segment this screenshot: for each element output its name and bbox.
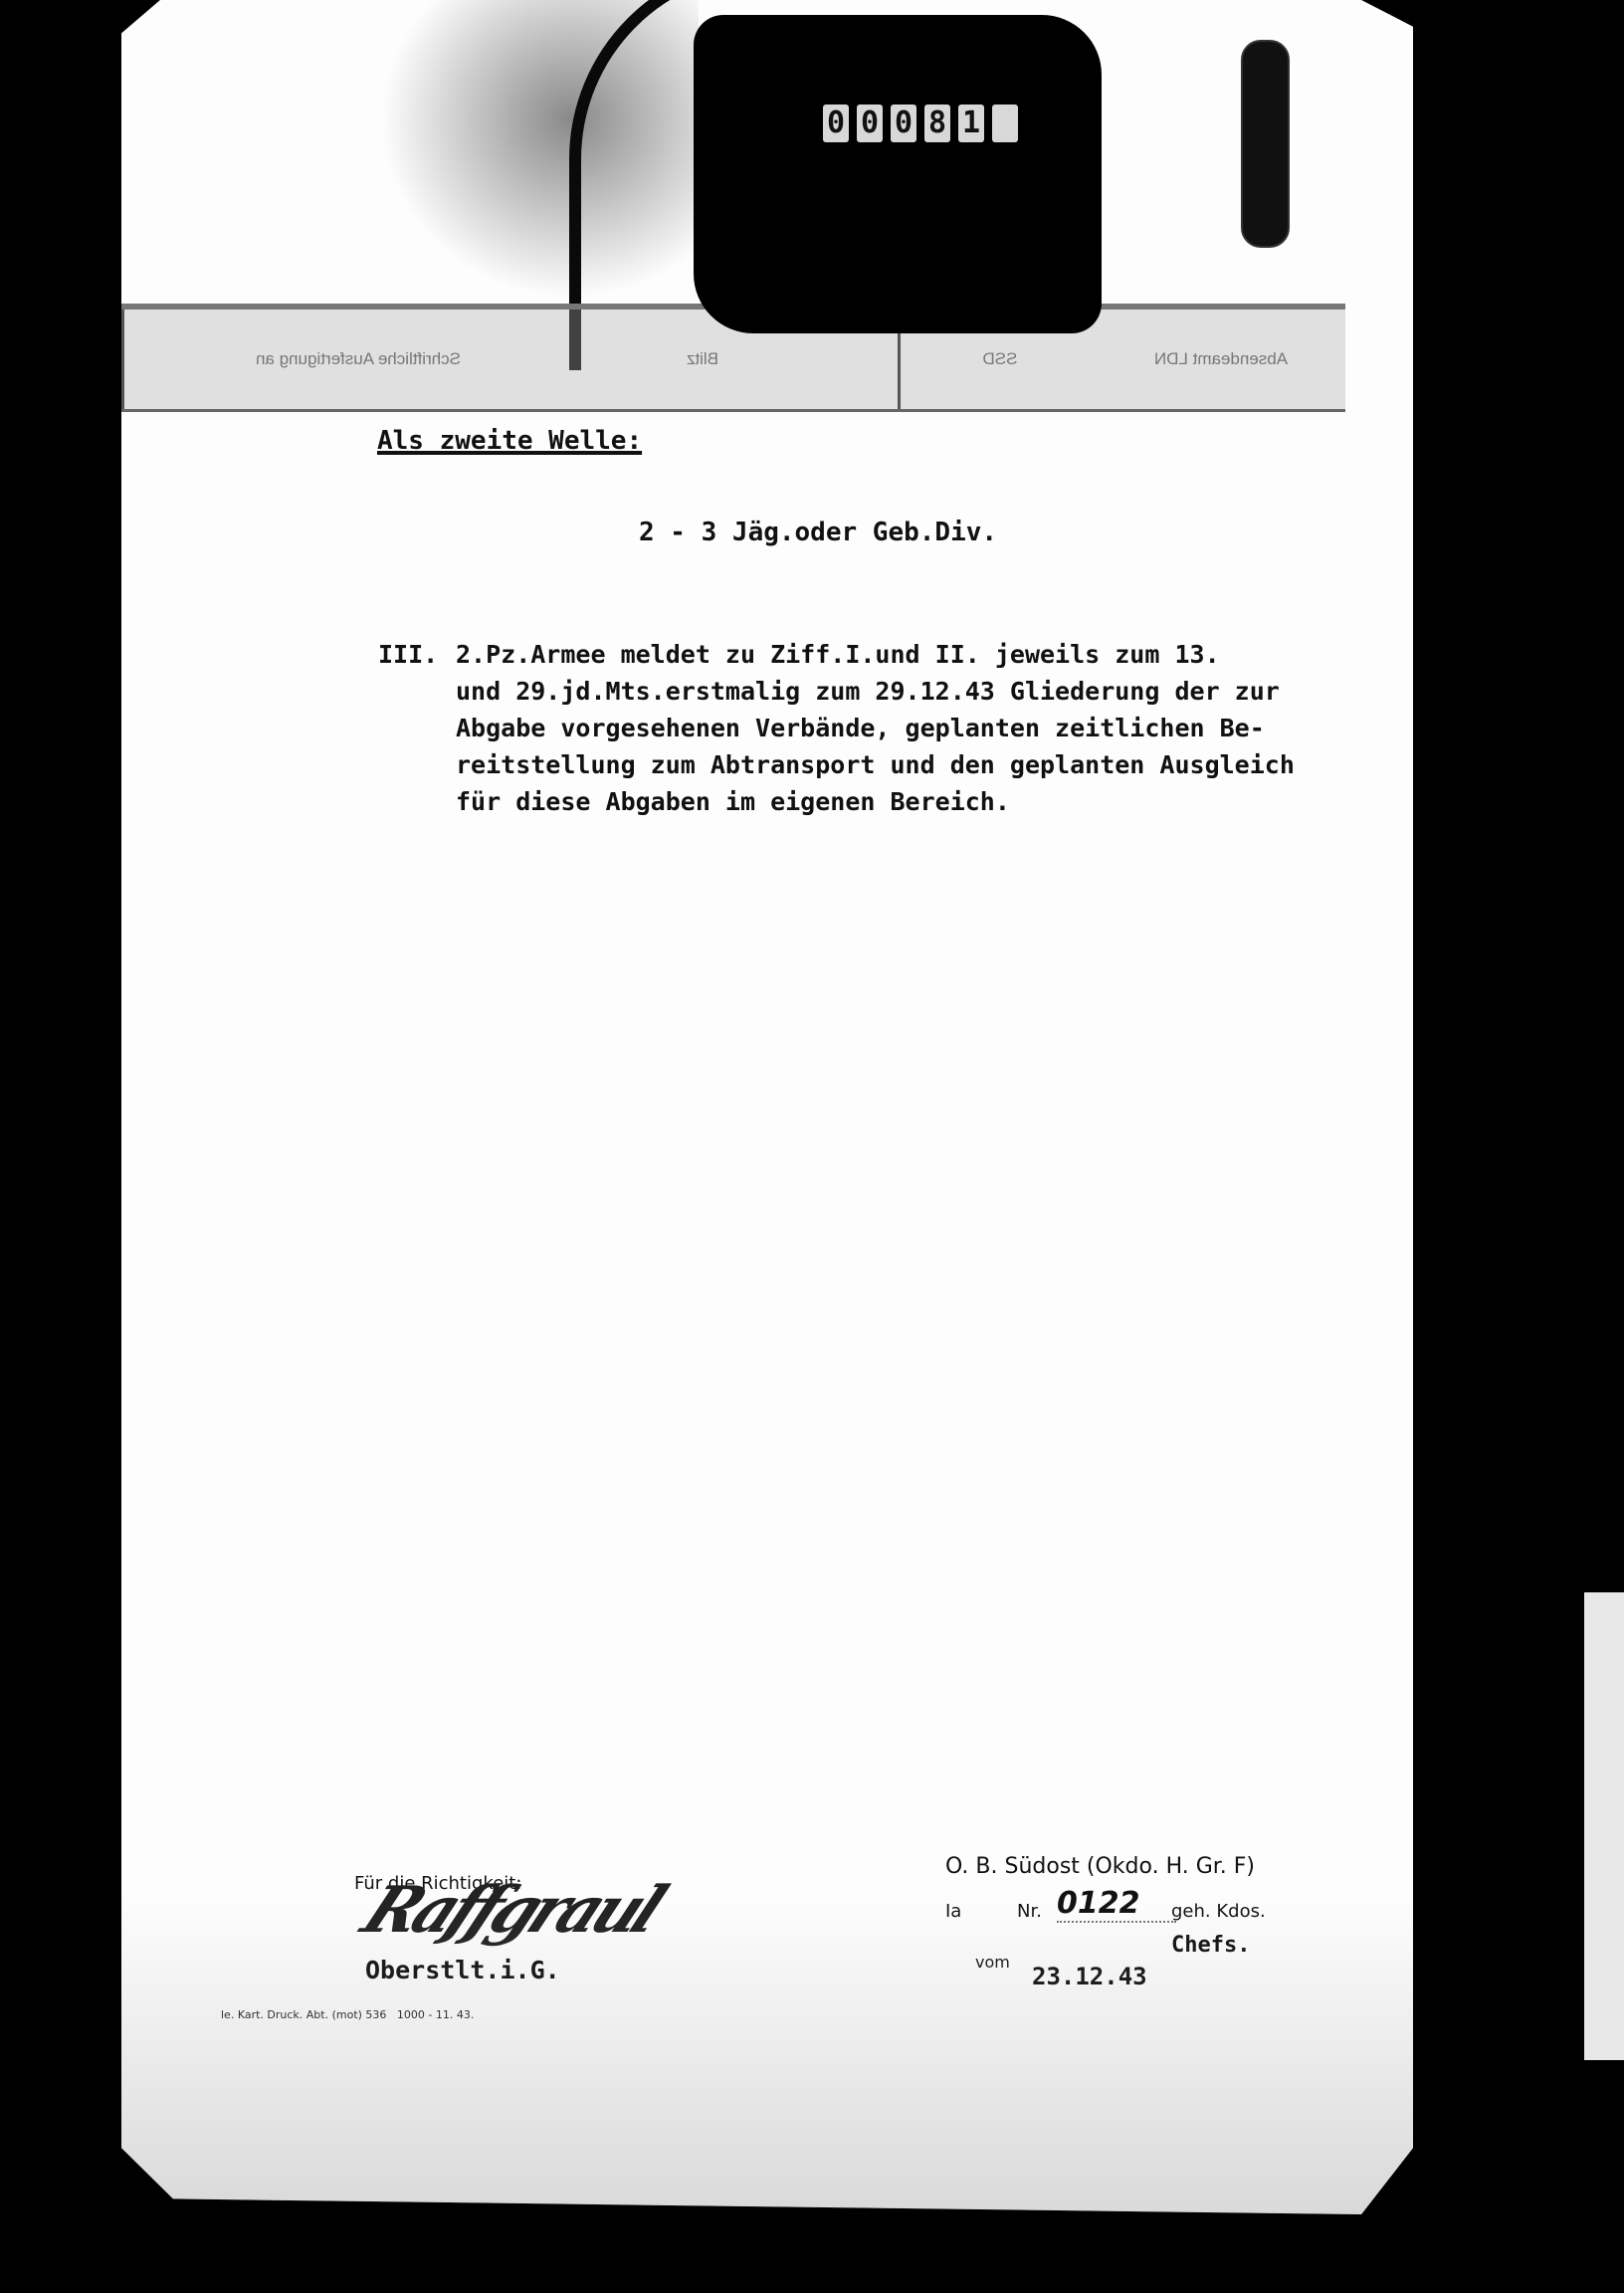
wave-item: 2 - 3 Jäg.oder Geb.Div. [639,518,997,547]
classification-extra: Chefs. [1171,1933,1250,1958]
section-line: für diese Abgaben im eigenen Bereich. [456,787,1010,816]
print-note: le. Kart. Druck. Abt. (mot) 536 1000 - 1… [221,2008,474,2021]
classification: geh. Kdos. [1171,1901,1266,1922]
nr-label: Nr. [1017,1901,1042,1922]
section-line: und 29.jd.Mts.erstmalig zum 29.12.43 Gli… [456,677,1280,706]
document-number: 0122 [1057,1886,1176,1923]
counter-digit: 8 [924,104,950,142]
signatory-rank: Oberstlt.i.G. [365,1956,560,1984]
counter-digit: 0 [823,104,849,142]
section-line: Abgabe vorgesehenen Verbände, geplanten … [456,714,1265,742]
section-number: III. [378,640,438,669]
header-cell-ausfertigung: Schriftliche Ausfertigung an [121,310,592,409]
section-line: 2.Pz.Armee meldet zu Ziff.I.und II. jewe… [456,640,1220,669]
date-label: vom [975,1953,1010,1972]
page-counter-device: 0 0 0 8 1 [694,15,1102,333]
document-date: 23.12.43 [1032,1963,1147,1990]
adjacent-page-edge [1584,1592,1624,2060]
office-dept: Ia [945,1901,961,1922]
section-heading: Als zweite Welle: [377,426,642,456]
header-cell-blitz: Blitz [589,310,738,409]
counter-digits: 0 0 0 8 1 [823,104,1018,142]
header-cell-absendeamt: Absendeamt LDN [1097,310,1345,409]
counter-digit: 0 [857,104,883,142]
document-page: Schriftliche Ausfertigung an Blitz SSD A… [121,0,1413,2214]
counter-digit: 1 [958,104,984,142]
counter-knob [1241,40,1290,248]
handwritten-signature: Raffgraul [351,1873,673,1948]
counter-digit: 0 [891,104,916,142]
counter-digit [992,104,1018,142]
section-line: reitstellung zum Abtransport und den gep… [456,750,1295,779]
office-name: O. B. Südost (Okdo. H. Gr. F) [945,1854,1255,1879]
